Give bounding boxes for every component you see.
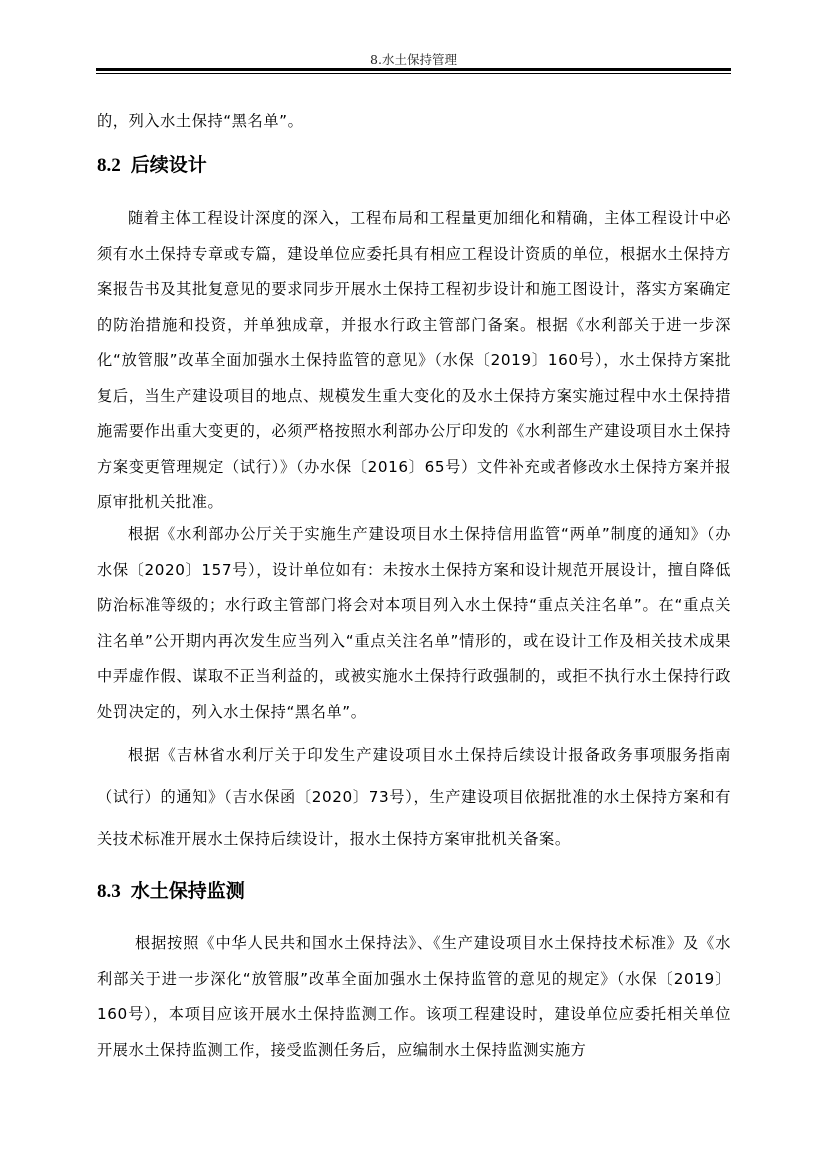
section-number: 8.3 xyxy=(97,881,121,902)
paragraph: 随着主体工程设计深度的深入，工程布局和工程量更加细化和精确，主体工程设计中必须有… xyxy=(97,201,731,521)
section-8-3-heading: 8.3水土保持监测 xyxy=(97,876,731,907)
continuation-text: 的，列入水土保持“黑名单”。 xyxy=(97,104,731,140)
header-rule-thin xyxy=(96,73,731,74)
header-rule-thick xyxy=(96,68,731,71)
section-title: 水土保持监测 xyxy=(131,880,245,902)
section-8-2-heading: 8.2后续设计 xyxy=(97,150,731,181)
paragraph: 根据《水利部办公厅关于实施生产建设项目水土保持信用监管“两单”制度的通知》（办水… xyxy=(97,517,731,730)
section-title: 后续设计 xyxy=(131,154,207,176)
running-header-title: 8.水土保持管理 xyxy=(0,50,827,68)
paragraph: 根据《吉林省水利厅关于印发生产建设项目水土保持后续设计报备政务事项服务指南（试行… xyxy=(97,734,731,860)
section-number: 8.2 xyxy=(97,155,121,176)
paragraph: 根据按照《中华人民共和国水土保持法》、《生产建设项目水土保持技术标准》及《水利部… xyxy=(97,926,731,1068)
